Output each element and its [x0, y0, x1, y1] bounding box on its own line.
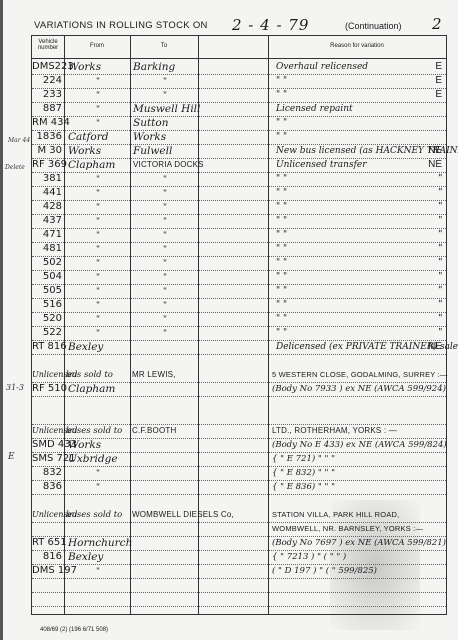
from-location: " [68, 116, 128, 130]
col-from: From [64, 43, 130, 49]
from-location: " [68, 214, 128, 228]
table-row [32, 578, 446, 593]
vehicle-number: RF 510 [32, 382, 62, 396]
reason: " " [276, 228, 426, 242]
buyer-address: 5 WESTERN CLOSE, GODALMING, SURREY :— [272, 368, 448, 382]
from-location: " [68, 186, 128, 200]
from-location: " [68, 312, 128, 326]
table-row: 836"{ " E 836) " " " [32, 480, 446, 495]
table-row: Unlicensedbus sold toMR LEWIS,5 WESTERN … [32, 368, 446, 383]
body-number: { " E 721) " " " [272, 452, 448, 466]
sale-note: Unlicensed [32, 424, 64, 438]
reason: " " [276, 74, 426, 88]
reason: " " [276, 214, 426, 228]
vehicle-number: 832 [32, 466, 62, 480]
table-row: 504""" "" [32, 270, 446, 285]
from-location: Bexley [68, 340, 128, 354]
from-location: Hornchurch [68, 536, 128, 550]
vehicle-number: RT 816 [32, 340, 62, 354]
from-location: Clapham [68, 158, 128, 172]
sale-note: bus sold to [66, 368, 130, 382]
table-row: DMS223WorksBarkingOverhaul relicensedE [32, 60, 446, 75]
from-location: " [68, 200, 128, 214]
table-row: 887"Muswell HillLicensed repaint [32, 102, 446, 117]
to-location: " [133, 172, 197, 186]
status-flag: " [438, 228, 442, 242]
col-to: To [130, 43, 198, 49]
table-row: 441""" "" [32, 186, 446, 201]
body-number: (Body No 7697 ) ex NE (AWCA 599/821) [272, 536, 448, 550]
table-row [32, 592, 446, 607]
vehicle-number: 887 [32, 102, 62, 116]
from-location: " [68, 270, 128, 284]
to-location: Fulwell [133, 144, 197, 158]
to-location: " [133, 256, 197, 270]
from-location: " [68, 74, 128, 88]
table-row: SMD 433Works(Body No E 433) ex NE (AWCA … [32, 438, 446, 453]
table-row: Unlicensedbuses sold toWOMBWELL DIESELS … [32, 508, 446, 523]
from-location: Works [68, 60, 128, 74]
table-row: 428""" "" [32, 200, 446, 215]
col-vehicle: Vehicle number [32, 39, 64, 51]
to-location: Barking [133, 60, 197, 74]
status-flag: " [438, 186, 442, 200]
vehicle-number: 233 [32, 88, 62, 102]
reason: Delicensed (ex PRIVATE TRAINER) sale [276, 340, 426, 354]
vehicle-number: DMS 197 [32, 564, 62, 578]
vehicle-number: 1836 [32, 130, 62, 144]
to-location: " [133, 200, 197, 214]
status-flag: E [435, 60, 442, 74]
status-flag: " [438, 172, 442, 186]
vehicle-number: 516 [32, 298, 62, 312]
from-location: Uxbridge [68, 452, 128, 466]
from-location: " [68, 88, 128, 102]
table-row: RF 510Clapham(Body No 7933 ) ex NE (AWCA… [32, 382, 446, 397]
table-row: 471""" "" [32, 228, 446, 243]
vehicle-number: M 30 [32, 144, 62, 158]
vehicle-number: 505 [32, 284, 62, 298]
buyer-address: LTD., ROTHERHAM, YORKS : — [272, 424, 448, 438]
reason: " " [276, 186, 426, 200]
body-number: ( " D 197 ) " ( " 599/825) [272, 564, 448, 578]
status-flag: " [438, 270, 442, 284]
table-row: 481""" "" [32, 242, 446, 257]
buyer-address: STATION VILLA, PARK HILL ROAD, [272, 508, 448, 522]
from-location: Catford [68, 130, 128, 144]
margin-note: 31-3 [6, 383, 24, 392]
date: 2 - 4 - 79 [232, 16, 309, 34]
status-flag: E [435, 88, 442, 102]
to-location: " [133, 270, 197, 284]
to-location: VICTORIA DOCKS [133, 158, 197, 172]
vehicle-number: 816 [32, 550, 62, 564]
status-flag: " [438, 284, 442, 298]
table-row: 516""" "" [32, 298, 446, 313]
reason: " " [276, 312, 426, 326]
table-row: 832"{ " E 832) " " " [32, 466, 446, 481]
body-number: { " E 832) " " " [272, 466, 448, 480]
vehicle-number: 502 [32, 256, 62, 270]
status-flag: " [438, 298, 442, 312]
table-row: RT 816BexleyDelicensed (ex PRIVATE TRAIN… [32, 340, 446, 355]
body-number: { " E 836) " " " [272, 480, 448, 494]
continuation-label: (Continuation) [345, 21, 402, 31]
from-location: " [68, 298, 128, 312]
page-number: 2 [432, 15, 442, 33]
status-flag: " [438, 312, 442, 326]
from-location: " [68, 172, 128, 186]
reason: Unlicensed transfer [276, 158, 426, 172]
table-row: RF 369ClaphamVICTORIA DOCKSUnlicensed tr… [32, 158, 446, 173]
table-row: RT 651Hornchurch(Body No 7697 ) ex NE (A… [32, 536, 446, 551]
vehicle-number: 428 [32, 200, 62, 214]
vehicle-number: SMS 721 [32, 452, 62, 466]
from-location: " [68, 480, 128, 494]
from-location: " [68, 564, 128, 578]
table-header: Vehicle number From To Reason for variat… [32, 36, 446, 59]
vehicle-number: 471 [32, 228, 62, 242]
buyer-name: WOMBWELL DIESELS Co, [132, 508, 262, 522]
vehicle-number: 836 [32, 480, 62, 494]
to-location: " [133, 228, 197, 242]
sale-note: buses sold to [66, 508, 130, 522]
reason: " " [276, 284, 426, 298]
table-row: 233""" "E [32, 88, 446, 103]
from-location: " [68, 256, 128, 270]
vehicle-number: RT 651 [32, 536, 62, 550]
buyer-name: MR LEWIS, [132, 368, 198, 382]
from-location: Clapham [68, 382, 128, 396]
to-location: " [133, 74, 197, 88]
vehicle-number: 381 [32, 172, 62, 186]
to-location: " [133, 242, 197, 256]
table-row: 1836CatfordWorks" " [32, 130, 446, 145]
to-location: " [133, 88, 197, 102]
table-row: DMS 197"( " D 197 ) " ( " 599/825) [32, 564, 446, 579]
vehicle-number: RF 369 [32, 158, 62, 172]
from-location: " [68, 102, 128, 116]
table-row: 437""" "" [32, 214, 446, 229]
status-flag: " [438, 242, 442, 256]
from-location: Bexley [68, 550, 128, 564]
reason: Overhaul relicensed [276, 60, 426, 74]
vehicle-number: DMS223 [32, 60, 62, 74]
table-row: SMS 721Uxbridge{ " E 721) " " " [32, 452, 446, 467]
body-number: { " 7213 ) " ( " " ) [272, 550, 448, 564]
table-row: Unlicensedbuses sold toC.F.BOOTHLTD., RO… [32, 424, 446, 439]
vehicle-number: RM 434 [32, 116, 62, 130]
from-location: Works [68, 144, 128, 158]
reason: Licensed repaint [276, 102, 426, 116]
table-row: 816Bexley{ " 7213 ) " ( " " ) [32, 550, 446, 565]
status-flag: E [435, 74, 442, 88]
variations-table: Vehicle number From To Reason for variat… [31, 35, 447, 615]
vehicle-number: 520 [32, 312, 62, 326]
status-flag: NE [428, 158, 442, 172]
vehicle-number: 437 [32, 214, 62, 228]
status-flag: " [438, 214, 442, 228]
status-flag: " [438, 326, 442, 340]
scan-edge [0, 0, 3, 640]
to-location: Works [133, 130, 197, 144]
vehicle-number: 522 [32, 326, 62, 340]
to-location: Muswell Hill [133, 102, 197, 116]
to-location: " [133, 186, 197, 200]
vehicle-number: 504 [32, 270, 62, 284]
table-row: 381""" "" [32, 172, 446, 187]
table-row: M 30WorksFulwellNew bus licensed (as HAC… [32, 144, 446, 159]
to-location: " [133, 326, 197, 340]
to-location: " [133, 284, 197, 298]
status-flag: NE [428, 144, 442, 158]
vehicle-number: 441 [32, 186, 62, 200]
table-row: 224""" "E [32, 74, 446, 89]
form-reference: 408/69 (2) (196 6/71 508) [40, 627, 108, 633]
margin-note: E [8, 452, 15, 462]
status-flag: " [438, 200, 442, 214]
reason: " " [276, 326, 426, 340]
page-title: VARIATIONS IN ROLLING STOCK ON [34, 20, 208, 31]
vehicle-number: SMD 433 [32, 438, 62, 452]
table-row: WOMBWELL, NR. BARNSLEY, YORKS :— [32, 522, 446, 537]
status-flag: " [438, 256, 442, 270]
from-location: " [68, 466, 128, 480]
reason: " " [276, 116, 426, 130]
table-row: 505""" "" [32, 284, 446, 299]
from-location: " [68, 228, 128, 242]
reason: " " [276, 88, 426, 102]
to-location: " [133, 298, 197, 312]
to-location: " [133, 214, 197, 228]
reason: " " [276, 172, 426, 186]
reason: " " [276, 242, 426, 256]
body-number: (Body No E 433) ex NE (AWCA 599/824) [272, 438, 448, 452]
reason: " " [276, 130, 426, 144]
from-location: " [68, 284, 128, 298]
reason: New bus licensed (as HACKNEY TRAINER) [276, 144, 426, 158]
from-location: Works [68, 438, 128, 452]
to-location [133, 340, 197, 354]
table-row: 520""" "" [32, 312, 446, 327]
table-row: 522""" "" [32, 326, 446, 341]
vehicle-number: 224 [32, 74, 62, 88]
table-row: 502""" "" [32, 256, 446, 271]
to-location: Sutton [133, 116, 197, 130]
buyer-name: C.F.BOOTH [132, 424, 198, 438]
sale-note: Unlicensed [32, 368, 64, 382]
to-location: " [133, 312, 197, 326]
margin-note: Mar 44 [8, 137, 30, 144]
from-location: " [68, 242, 128, 256]
table-row: RM 434"Sutton" " [32, 116, 446, 131]
buyer-address: WOMBWELL, NR. BARNSLEY, YORKS :— [272, 522, 448, 536]
sale-note: buses sold to [66, 424, 130, 438]
reason: " " [276, 200, 426, 214]
reason: " " [276, 270, 426, 284]
col-reason: Reason for variation [268, 43, 446, 49]
body-number: (Body No 7933 ) ex NE (AWCA 599/924) [272, 382, 448, 396]
margin-note: Delete [5, 164, 25, 171]
status-flag: NE [428, 340, 442, 354]
sale-note: Unlicensed [32, 508, 64, 522]
reason: " " [276, 256, 426, 270]
vehicle-number: 481 [32, 242, 62, 256]
reason: " " [276, 298, 426, 312]
from-location: " [68, 326, 128, 340]
